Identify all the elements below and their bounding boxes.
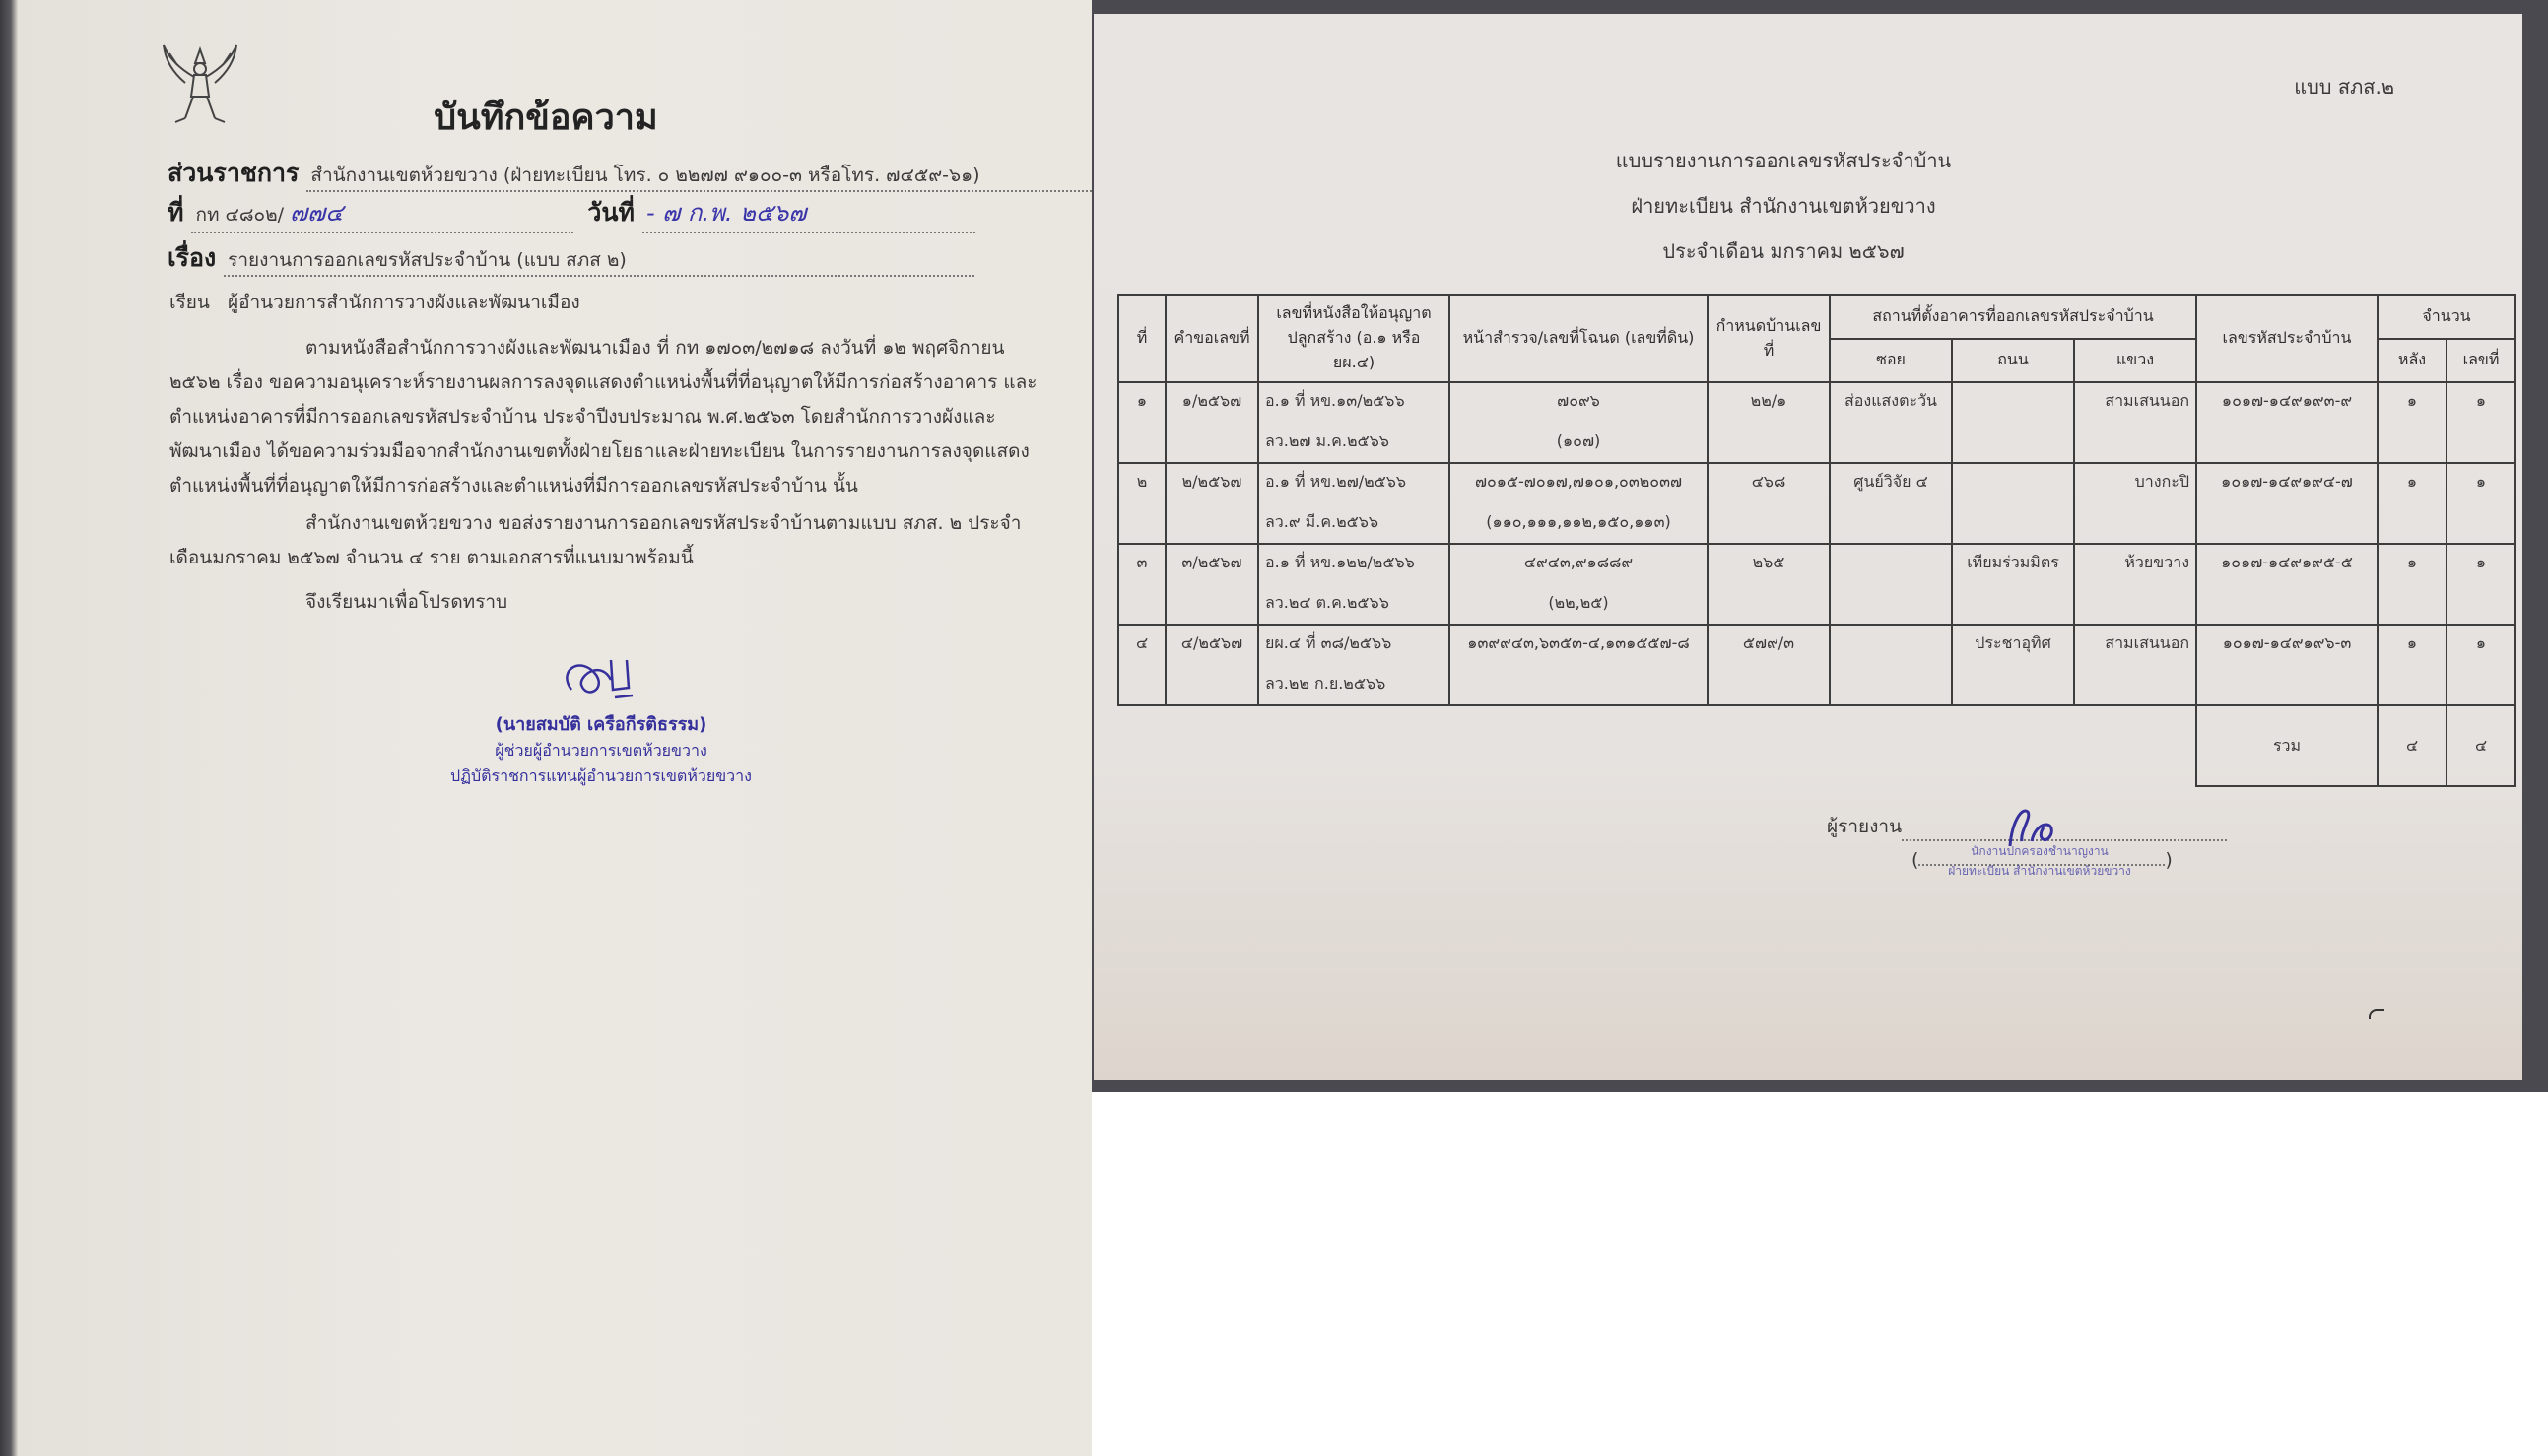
report-heading-line-1: แบบรายงานการออกเลขรหัสประจำบ้าน [1527, 138, 2040, 183]
signatory-position-2: ปฏิบัติราชการแทนผู้อำนวยการเขตห้วยขวาง [374, 763, 828, 789]
salutation: เรียน ผู้อำนวยการสำนักการวางผังและพัฒนาเ… [169, 286, 1044, 320]
col-count-group: จำนวน [2378, 295, 2515, 339]
cell-permit: ยผ.๔ ที่ ๓๘/๒๕๖๖ลว.๒๒ ก.ย.๒๕๖๖ [1258, 625, 1449, 705]
memo-title: บันทึกข้อความ [0, 89, 1092, 145]
cell-soi: ศูนย์วิจัย ๔ [1830, 463, 1952, 544]
total-buildings: ๔ [2378, 705, 2447, 786]
cell-house-code: ๑๐๑๗-๑๔๙๑๙๓-๙ [2196, 382, 2378, 463]
cell-subdistrict: บางกะปิ [2074, 463, 2196, 544]
cell-subdistrict: ห้วยขวาง [2074, 544, 2196, 625]
cell-house-no: ๒๖๕ [1708, 544, 1830, 625]
cell-road [1952, 463, 2074, 544]
report-heading-line-2: ฝ่ายทะเบียน สำนักงานเขตห้วยขวาง [1527, 183, 2040, 229]
cell-deed: ๑๓๙๙๔๓,๖๓๕๓-๔,๑๓๑๕๕๗-๘ [1449, 625, 1708, 705]
deed-line-1: ๑๓๙๙๔๓,๖๓๕๓-๔,๑๓๑๕๕๗-๘ [1456, 631, 1701, 656]
cell-buildings: ๑ [2378, 463, 2447, 544]
deed-line-1: ๔๙๔๓,๙๑๘๘๙ [1456, 551, 1701, 575]
cell-road: เทียมร่วมมิตร [1952, 544, 2074, 625]
cell-buildings: ๑ [2378, 625, 2447, 705]
cell-no: ๓ [1118, 544, 1166, 625]
cell-road: ประชาอุทิศ [1952, 625, 2074, 705]
paragraph-1: ตามหนังสือสำนักการวางผังและพัฒนาเมือง ที… [169, 331, 1044, 503]
agency-field: ส่วนราชการ สำนักงานเขตห้วยขวาง (ฝ่ายทะเบ… [168, 154, 1103, 193]
col-soi: ซอย [1830, 339, 1952, 383]
cell-permit: อ.๑ ที่ หข.๑๒๒/๒๕๖๖ลว.๒๔ ต.ค.๒๕๖๖ [1258, 544, 1449, 625]
table-row: ๑๑/๒๕๖๗อ.๑ ที่ หข.๑๓/๒๕๖๖ลว.๒๗ ม.ค.๒๕๖๖๗… [1118, 382, 2515, 463]
permit-line-2: ลว.๒๗ ม.ค.๒๕๖๖ [1265, 430, 1442, 454]
cell-buildings: ๑ [2378, 382, 2447, 463]
deed-line-2: (๑๐๗) [1456, 430, 1701, 454]
deed-line-2: (๒๒,๒๕) [1456, 591, 1701, 616]
subject-field: เรื่อง รายงานการออกเลขรหัสประจำบ้าน (แบบ… [168, 238, 974, 278]
deed-line-1: ๗๐๑๕-๗๐๑๗,๗๑๐๑,๐๓๒๐๓๗ [1456, 470, 1701, 495]
cell-subdistrict: สามเสนนอก [2074, 625, 2196, 705]
cell-soi: ส่องแสงตะวัน [1830, 382, 1952, 463]
cell-soi [1830, 625, 1952, 705]
col-request-no: คำขอเลขที่ [1166, 295, 1258, 382]
col-deed-no: หน้าสำรวจ/เลขที่โฉนด (เลขที่ดิน) [1449, 295, 1708, 382]
total-label: รวม [2196, 705, 2378, 786]
cell-permit: อ.๑ ที่ หข.๒๗/๒๕๖๖ลว.๙ มี.ค.๒๕๖๖ [1258, 463, 1449, 544]
cell-soi [1830, 544, 1952, 625]
cell-numbers: ๑ [2447, 544, 2515, 625]
subject-label: เรื่อง [168, 243, 216, 272]
col-permit-no: เลขที่หนังสือให้อนุญาตปลูกสร้าง (อ.๑ หรื… [1258, 295, 1449, 382]
paragraph-2: สำนักงานเขตห้วยขวาง ขอส่งรายงานการออกเลข… [169, 506, 1044, 575]
permit-line-2: ลว.๙ มี.ค.๒๕๖๖ [1265, 510, 1442, 535]
cell-no: ๒ [1118, 463, 1166, 544]
cell-house-no: ๔๖๘ [1708, 463, 1830, 544]
reference-handwritten: ๗๗๔ [290, 199, 343, 227]
date-handwritten: - ๗ ก.พ. ๒๕๖๗ [646, 199, 806, 227]
signature-scribble-icon [552, 650, 650, 709]
cell-request-no: ๒/๒๕๖๗ [1166, 463, 1258, 544]
salutation-value: ผู้อำนวยการสำนักการวางผังและพัฒนาเมือง [228, 292, 580, 313]
date-label: วันที่ [587, 198, 635, 227]
form-code: แบบ สภส.๒ [2294, 71, 2394, 102]
cell-house-no: ๒๒/๑ [1708, 382, 1830, 463]
table-row: ๔๔/๒๕๖๗ยผ.๔ ที่ ๓๘/๒๕๖๖ลว.๒๒ ก.ย.๒๕๖๖๑๓๙… [1118, 625, 2515, 705]
memo-page: บันทึกข้อความ ส่วนราชการ สำนักงานเขตห้วย… [0, 0, 1092, 1456]
reporter-label: ผู้รายงาน [1827, 816, 1902, 837]
cell-deed: ๗๐๙๖(๑๐๗) [1449, 382, 1708, 463]
col-subdistrict: แขวง [2074, 339, 2196, 383]
cell-house-no: ๕๗๙/๓ [1708, 625, 1830, 705]
col-numbers: เลขที่ [2447, 339, 2515, 383]
report-form-page: แบบ สภส.๒ แบบรายงานการออกเลขรหัสประจำบ้า… [1094, 14, 2522, 1080]
permit-line-1: อ.๑ ที่ หข.๑๒๒/๒๕๖๖ [1265, 551, 1442, 575]
col-house-no: กำหนดบ้านเลขที่ [1708, 295, 1830, 382]
cell-no: ๑ [1118, 382, 1166, 463]
col-location-group: สถานที่ตั้งอาคารที่ออกเลขรหัสประจำบ้าน [1830, 295, 2196, 339]
deed-line-1: ๗๐๙๖ [1456, 389, 1701, 414]
cell-request-no: ๔/๒๕๖๗ [1166, 625, 1258, 705]
reference-field: ที่ กท ๔๘๐๒/ ๗๗๔ วันที่ - ๗ ก.พ. ๒๕๖๗ [168, 193, 975, 233]
cell-request-no: ๓/๒๕๖๗ [1166, 544, 1258, 625]
cell-numbers: ๑ [2447, 463, 2515, 544]
total-spacer [1118, 705, 2196, 786]
cell-numbers: ๑ [2447, 625, 2515, 705]
permit-line-1: อ.๑ ที่ หข.๒๗/๒๕๖๖ [1265, 470, 1442, 495]
col-road: ถนน [1952, 339, 2074, 383]
deed-line-2: (๑๑๐,๑๑๑,๑๑๒,๑๕๐,๑๑๓) [1456, 510, 1701, 535]
cell-road [1952, 382, 2074, 463]
permit-line-1: อ.๑ ที่ หข.๑๓/๒๕๖๖ [1265, 389, 1442, 414]
cell-numbers: ๑ [2447, 382, 2515, 463]
col-buildings: หลัง [2378, 339, 2447, 383]
reporter-stamp: นักงานปกครองชำนาญงาน ฝ่ายทะเบียน สำนักงา… [1931, 824, 2148, 881]
pen-mark [2369, 1009, 2384, 1019]
signature-block: (นายสมบัติ เครือกีรติธรรม) ผู้ช่วยผู้อำน… [374, 650, 828, 789]
col-no: ที่ [1118, 295, 1166, 382]
cell-no: ๔ [1118, 625, 1166, 705]
col-house-code: เลขรหัสประจำบ้าน [2196, 295, 2378, 382]
salutation-label: เรียน [169, 292, 210, 313]
cell-house-code: ๑๐๑๗-๑๔๙๑๙๔-๗ [2196, 463, 2378, 544]
subject-value: รายงานการออกเลขรหัสประจำบ้าน (แบบ สภส ๒) [224, 245, 974, 277]
reporter-stamp-line-1: นักงานปกครองชำนาญงาน [1931, 841, 2148, 861]
signatory-position-1: ผู้ช่วยผู้อำนวยการเขตห้วยขวาง [374, 738, 828, 763]
cell-deed: ๔๙๔๓,๙๑๘๘๙(๒๒,๒๕) [1449, 544, 1708, 625]
reference-value: กท ๔๘๐๒/ [195, 204, 284, 226]
permit-line-1: ยผ.๔ ที่ ๓๘/๒๕๖๖ [1265, 631, 1442, 656]
table-row: ๒๒/๒๕๖๗อ.๑ ที่ หข.๒๗/๒๕๖๖ลว.๙ มี.ค.๒๕๖๖๗… [1118, 463, 2515, 544]
report-heading: แบบรายงานการออกเลขรหัสประจำบ้าน ฝ่ายทะเบ… [1527, 138, 2040, 274]
cell-buildings: ๑ [2378, 544, 2447, 625]
permit-line-2: ลว.๒๒ ก.ย.๒๕๖๖ [1265, 672, 1442, 696]
cell-deed: ๗๐๑๕-๗๐๑๗,๗๑๐๑,๐๓๒๐๓๗(๑๑๐,๑๑๑,๑๑๒,๑๕๐,๑๑… [1449, 463, 1708, 544]
cell-request-no: ๑/๒๕๖๗ [1166, 382, 1258, 463]
total-row: รวม๔๔ [1118, 705, 2515, 786]
agency-value: สำนักงานเขตห้วยขวาง (ฝ่ายทะเบียน โทร. ๐ … [306, 161, 1103, 192]
house-code-report-table: ที่ คำขอเลขที่ เลขที่หนังสือให้อนุญาตปลู… [1117, 294, 2516, 787]
report-heading-line-3: ประจำเดือน มกราคม ๒๕๖๗ [1527, 229, 2040, 274]
total-numbers: ๔ [2447, 705, 2515, 786]
closing-line: จึงเรียนมาเพื่อโปรดทราบ [169, 585, 1044, 620]
reporter-stamp-line-2: ฝ่ายทะเบียน สำนักงานเขตห้วยขวาง [1931, 861, 2148, 881]
cell-permit: อ.๑ ที่ หข.๑๓/๒๕๖๖ลว.๒๗ ม.ค.๒๕๖๖ [1258, 382, 1449, 463]
cell-house-code: ๑๐๑๗-๑๔๙๑๙๖-๓ [2196, 625, 2378, 705]
permit-line-2: ลว.๒๔ ต.ค.๒๕๖๖ [1265, 591, 1442, 616]
signatory-name: (นายสมบัติ เครือกีรติธรรม) [374, 709, 828, 738]
table-row: ๓๓/๒๕๖๗อ.๑ ที่ หข.๑๒๒/๒๕๖๖ลว.๒๔ ต.ค.๒๕๖๖… [1118, 544, 2515, 625]
agency-label: ส่วนราชการ [168, 159, 299, 187]
reference-label: ที่ [168, 198, 183, 227]
cell-house-code: ๑๐๑๗-๑๔๙๑๙๕-๕ [2196, 544, 2378, 625]
page-edge-shadow [0, 0, 18, 1456]
cell-subdistrict: สามเสนนอก [2074, 382, 2196, 463]
